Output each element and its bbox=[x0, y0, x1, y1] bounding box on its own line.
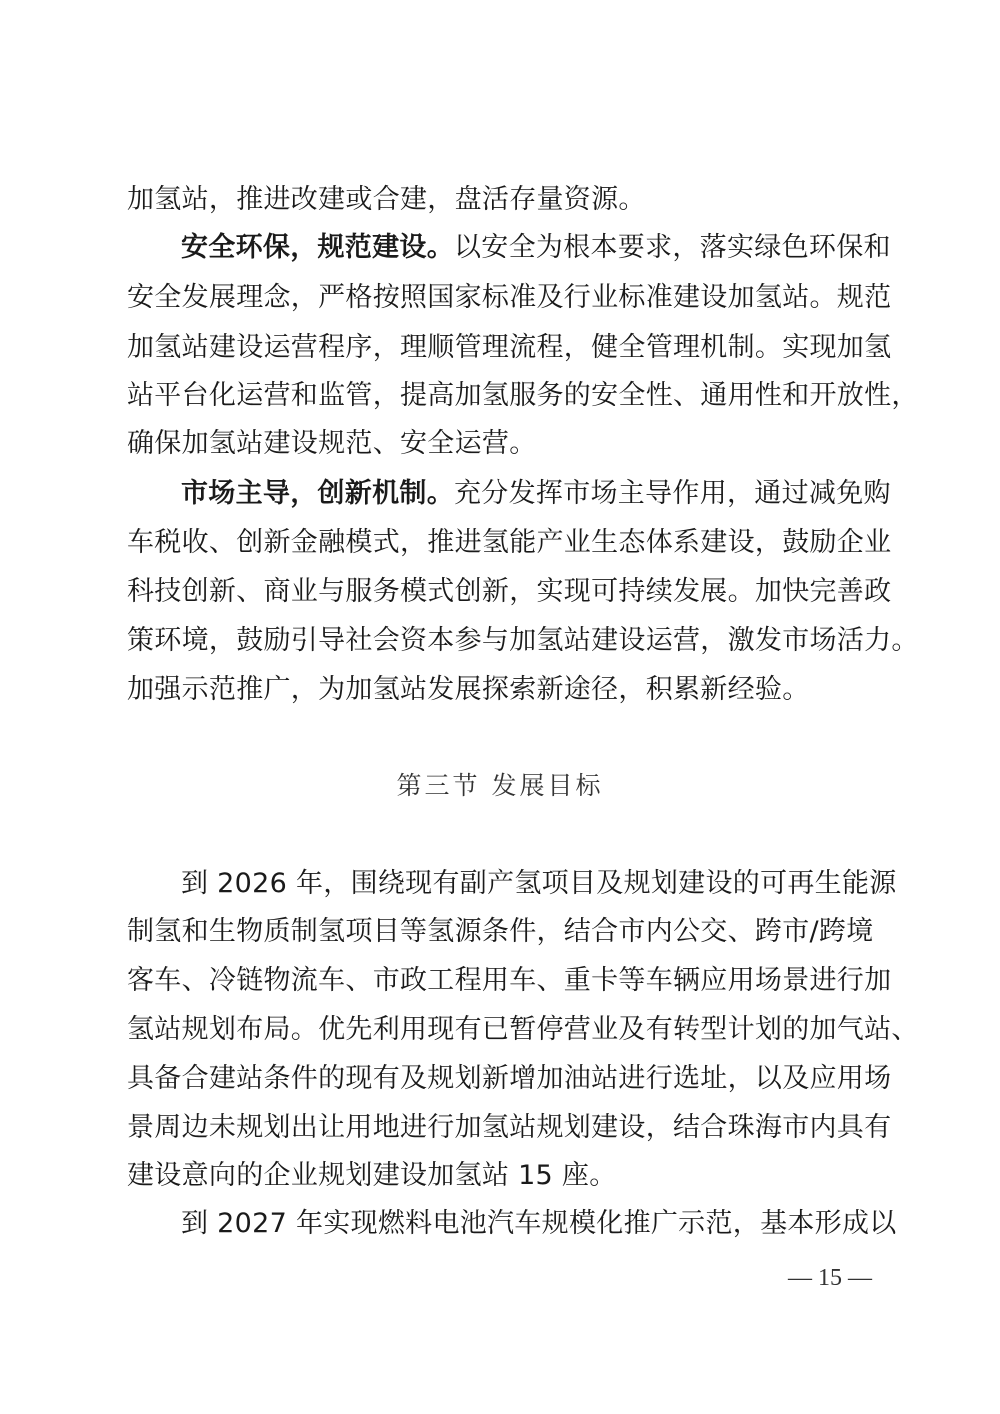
document-page: 加氢站，推进改建或合建，盘活存量资源。 安全环保，规范建设。以安全为根本要求，落… bbox=[0, 0, 1000, 1414]
paragraph-line: 加氢站，推进改建或合建，盘活存量资源。 bbox=[127, 182, 877, 218]
paragraph-line: 氢站规划布局。优先利用现有已暂停营业及有转型计划的加气站、 bbox=[127, 1012, 877, 1048]
paragraph-line: 建设意向的企业规划建设加氢站 15 座。 bbox=[127, 1158, 877, 1194]
paragraph-line: 科技创新、商业与服务模式创新，实现可持续发展。加快完善政 bbox=[127, 574, 877, 610]
paragraph-line: 到 2027 年实现燃料电池汽车规模化推广示范，基本形成以 bbox=[181, 1206, 877, 1242]
paragraph-line: 车税收、创新金融模式，推进氢能产业生态体系建设，鼓励企业 bbox=[127, 525, 877, 561]
paragraph-line: 加强示范推广，为加氢站发展探索新途径，积累新经验。 bbox=[127, 672, 877, 708]
paragraph-line: 到 2026 年，围绕现有副产氢项目及规划建设的可再生能源 bbox=[181, 866, 877, 902]
paragraph-text: 充分发挥市场主导作用，通过减免购 bbox=[454, 478, 891, 509]
principle-title: 市场主导，创新机制。 bbox=[181, 478, 454, 509]
principle-title: 安全环保，规范建设。 bbox=[181, 232, 454, 263]
paragraph-line: 客车、冷链物流车、市政工程用车、重卡等车辆应用场景进行加 bbox=[127, 963, 877, 999]
paragraph-line: 站平台化运营和监管，提高加氢服务的安全性、通用性和开放性， bbox=[127, 378, 877, 414]
paragraph-text: 以安全为根本要求，落实绿色环保和 bbox=[454, 232, 891, 263]
section-heading: 第三节 发展目标 bbox=[0, 766, 1000, 802]
page-number: — 15 — bbox=[788, 1265, 872, 1292]
paragraph-line: 景周边未规划出让用地进行加氢站规划建设，结合珠海市内具有 bbox=[127, 1110, 877, 1146]
paragraph-line: 制氢和生物质制氢项目等氢源条件，结合市内公交、跨市/跨境 bbox=[127, 914, 877, 950]
paragraph-line: 安全环保，规范建设。以安全为根本要求，落实绿色环保和 bbox=[181, 230, 877, 266]
paragraph-line: 具备合建站条件的现有及规划新增加油站进行选址，以及应用场 bbox=[127, 1061, 877, 1097]
paragraph-line: 策环境，鼓励引导社会资本参与加氢站建设运营，激发市场活力。 bbox=[127, 623, 877, 659]
paragraph-line: 安全发展理念，严格按照国家标准及行业标准建设加氢站。规范 bbox=[127, 280, 877, 316]
paragraph-line: 市场主导，创新机制。充分发挥市场主导作用，通过减免购 bbox=[181, 476, 877, 512]
paragraph-line: 加氢站建设运营程序，理顺管理流程，健全管理机制。实现加氢 bbox=[127, 330, 877, 366]
paragraph-line: 确保加氢站建设规范、安全运营。 bbox=[127, 426, 877, 462]
